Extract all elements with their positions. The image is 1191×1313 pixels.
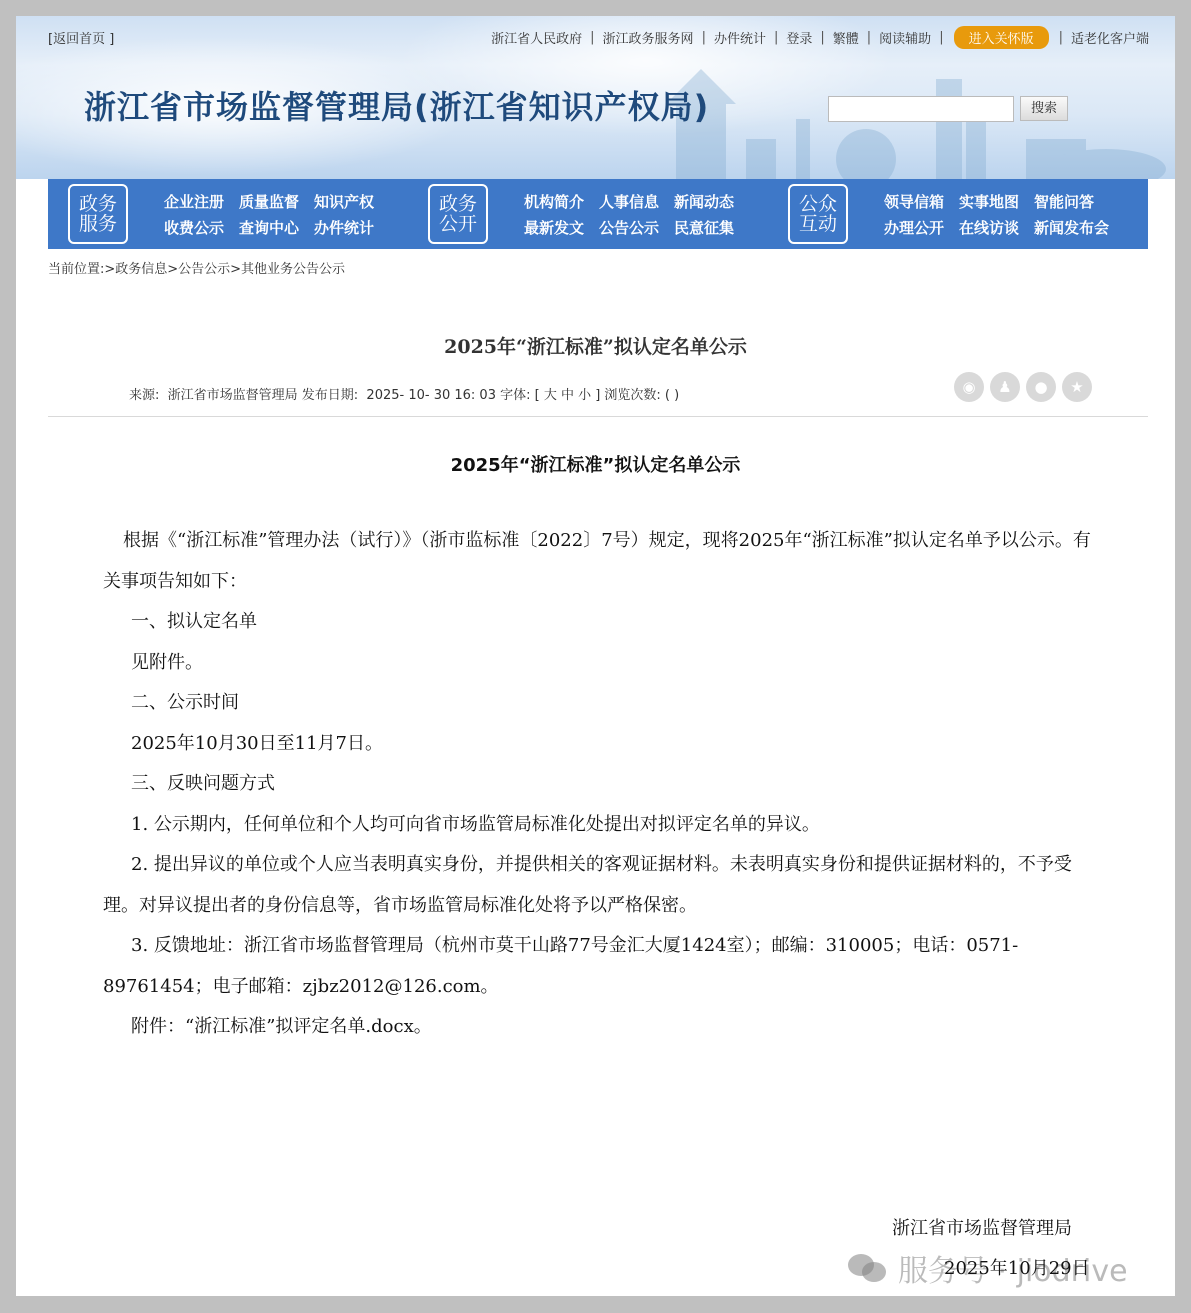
qq-icon[interactable]: ♟	[990, 372, 1020, 402]
nav-group-interaction: 公众 互动 领导信箱 实事地图 智能问答 办理公开 在线访谈 新闻发布会	[768, 179, 1148, 249]
nav-item[interactable]: 质量监督	[239, 191, 299, 217]
section-heading: 二、公示时间	[103, 683, 1093, 724]
nav-badge-interaction[interactable]: 公众 互动	[788, 184, 848, 244]
nav-item[interactable]: 机构简介	[524, 191, 584, 217]
section-heading: 三、反映问题方式	[103, 764, 1093, 805]
list-item: 1. 公示期内，任何单位和个人均可向省市场监管局标准化处提出对拟评定名单的异议。	[103, 805, 1093, 846]
nav-item[interactable]: 新闻发布会	[1034, 217, 1109, 243]
site-title: 浙江省市场监督管理局(浙江省知识产权局)	[84, 82, 709, 128]
paragraph: 2025年10月30日至11月7日。	[103, 724, 1093, 765]
wechat-watermark-icon	[848, 1252, 888, 1284]
nav-item[interactable]: 新闻动态	[674, 191, 734, 217]
link-zj-gov[interactable]: 浙江省人民政府	[491, 28, 582, 47]
attachment-link[interactable]: 附件：“浙江标准”拟评定名单.docx。	[103, 1007, 1093, 1048]
section-heading: 一、拟认定名单	[103, 602, 1093, 643]
back-home-link[interactable]: [返回首页 ]	[48, 28, 114, 47]
nav-item[interactable]: 智能问答	[1034, 191, 1094, 217]
article-body: 根据《“浙江标准”管理办法（试行）》（浙市监标准〔2022〕7号）规定，现将20…	[103, 521, 1093, 1048]
search-input[interactable]	[828, 96, 1014, 122]
list-item: 2. 提出异议的单位或个人应当表明真实身份，并提供相关的客观证据材料。未表明真实…	[103, 845, 1093, 926]
nav-item[interactable]: 最新发文	[524, 217, 584, 243]
nav-item[interactable]: 实事地图	[959, 191, 1019, 217]
separator: |	[867, 30, 871, 45]
separator: |	[820, 30, 824, 45]
breadcrumb[interactable]: 当前位置:>政务信息>公告公示>其他业务公告公示	[48, 258, 345, 277]
top-links: 浙江省人民政府 | 浙江政务服务网 | 办件统计 | 登录 | 繁體 | 阅读辅…	[491, 26, 1149, 49]
link-elderly-client[interactable]: 适老化客户端	[1071, 28, 1149, 47]
separator: |	[774, 30, 778, 45]
wechat-icon[interactable]: ●	[1026, 372, 1056, 402]
nav-item[interactable]: 公告公示	[599, 217, 659, 243]
nav-item[interactable]: 知识产权	[314, 191, 374, 217]
nav-item[interactable]: 办理公开	[884, 217, 944, 243]
nav-item[interactable]: 办件统计	[314, 217, 374, 243]
separator: |	[1059, 30, 1063, 45]
link-zj-service[interactable]: 浙江政务服务网	[603, 28, 694, 47]
separator: |	[939, 30, 943, 45]
nav-badge-services[interactable]: 政务 服务	[68, 184, 128, 244]
article-title: 2025年“浙江标准”拟认定名单公示	[16, 332, 1175, 359]
paragraph-intro: 根据《“浙江标准”管理办法（试行）》（浙市监标准〔2022〕7号）规定，现将20…	[103, 521, 1093, 602]
nav-item[interactable]: 领导信箱	[884, 191, 944, 217]
nav-group-open: 政务 公开 机构简介 人事信息 新闻动态 最新发文 公告公示 民意征集	[408, 179, 768, 249]
signature: 浙江省市场监督管理局	[892, 1214, 1072, 1240]
nav-badge-open[interactable]: 政务 公开	[428, 184, 488, 244]
link-reading-aid[interactable]: 阅读辅助	[879, 28, 931, 47]
share-icons: ◉ ♟ ● ★	[954, 372, 1098, 402]
care-mode-button[interactable]: 进入关怀版	[954, 26, 1049, 49]
link-case-stats[interactable]: 办件统计	[714, 28, 766, 47]
sign-date: 2025年10月29日	[944, 1254, 1090, 1280]
paragraph: 见附件。	[103, 643, 1093, 684]
nav-item[interactable]: 收费公示	[164, 217, 224, 243]
weibo-icon[interactable]: ◉	[954, 372, 984, 402]
nav-group-services: 政务 服务 企业注册 质量监督 知识产权 收费公示 查询中心 办件统计	[48, 179, 408, 249]
link-login[interactable]: 登录	[786, 28, 812, 47]
search-button[interactable]: 搜索	[1020, 96, 1068, 121]
page: [返回首页 ] 浙江省人民政府 | 浙江政务服务网 | 办件统计 | 登录 | …	[16, 16, 1175, 1296]
link-traditional[interactable]: 繁體	[833, 28, 859, 47]
header-banner: [返回首页 ] 浙江省人民政府 | 浙江政务服务网 | 办件统计 | 登录 | …	[16, 16, 1175, 179]
separator: |	[590, 30, 594, 45]
nav-item[interactable]: 企业注册	[164, 191, 224, 217]
separator: |	[702, 30, 706, 45]
nav-item[interactable]: 人事信息	[599, 191, 659, 217]
qzone-icon[interactable]: ★	[1062, 372, 1092, 402]
list-item: 3. 反馈地址：浙江省市场监督管理局（杭州市莫干山路77号金汇大厦1424室）；…	[103, 926, 1093, 1007]
nav-item[interactable]: 查询中心	[239, 217, 299, 243]
nav-item[interactable]: 在线访谈	[959, 217, 1019, 243]
divider	[48, 416, 1148, 417]
content-title: 2025年“浙江标准”拟认定名单公示	[16, 451, 1175, 477]
article-meta: 来源: 浙江省市场监督管理局 发布日期: 2025- 10- 30 16: 03…	[129, 384, 679, 403]
main-nav: 政务 服务 企业注册 质量监督 知识产权 收费公示 查询中心 办件统计 政务 公…	[48, 179, 1148, 249]
nav-item[interactable]: 民意征集	[674, 217, 734, 243]
